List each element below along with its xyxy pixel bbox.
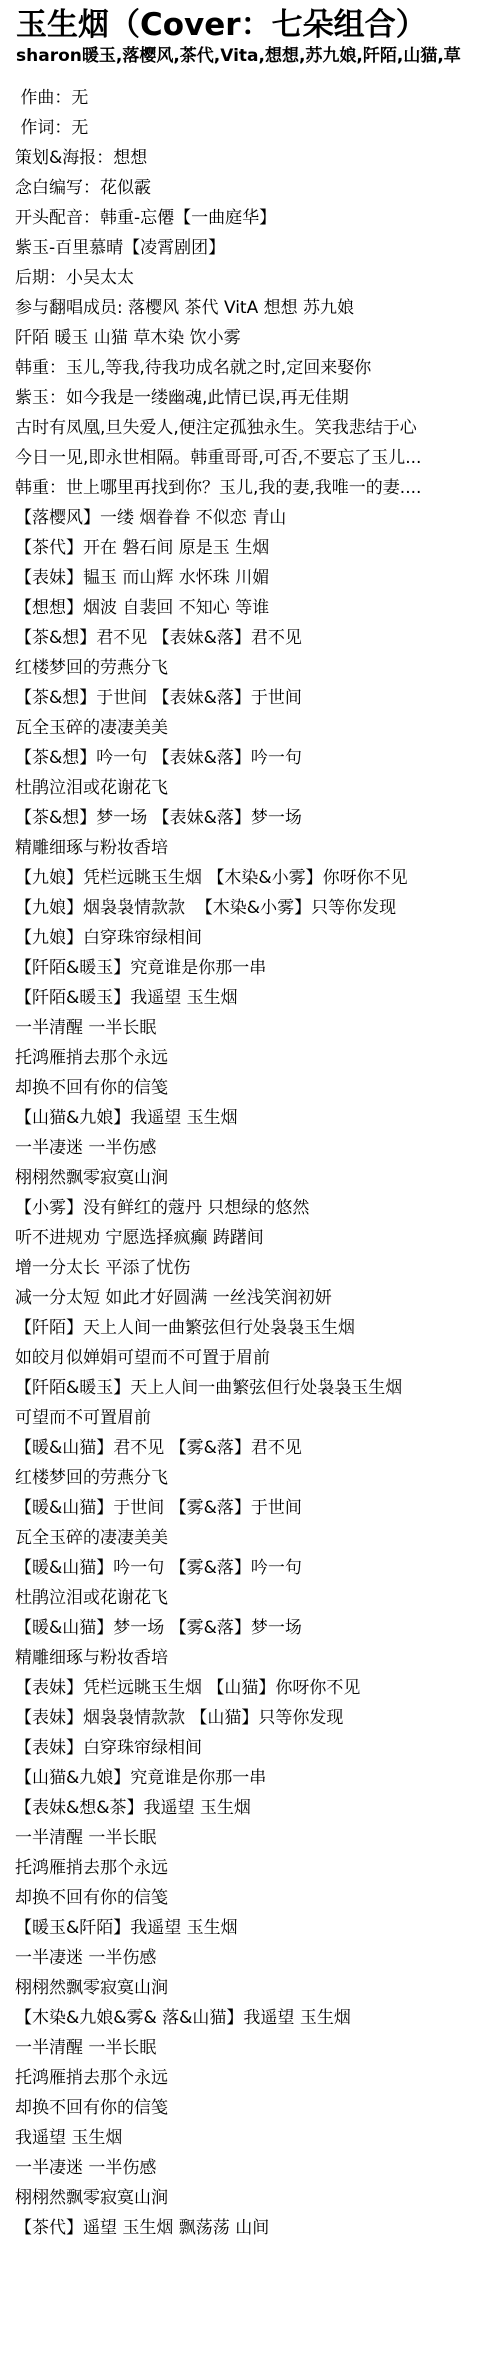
lyric-line: 【表妹】凭栏远眺玉生烟 【山猫】你呀你不见 bbox=[0, 1673, 500, 1703]
lyric-line: 却换不回有你的信笺 bbox=[0, 2093, 500, 2123]
lyric-line: 【表妹】白穿珠帘绿相间 bbox=[0, 1733, 500, 1763]
lyric-line: 作曲：无 bbox=[0, 83, 500, 113]
lyric-line: 【九娘】白穿珠帘绿相间 bbox=[0, 923, 500, 953]
lyric-line: 【茶代】遥望 玉生烟 飘荡荡 山间 bbox=[0, 2213, 500, 2243]
lyric-line: 念白编写：花似霰 bbox=[0, 173, 500, 203]
lyric-line: 韩重：世上哪里再找到你？玉儿,我的妻,我唯一的妻.... bbox=[0, 473, 500, 503]
lyric-line: 【九娘】烟袅袅情款款 【木染&小雾】只等你发现 bbox=[0, 893, 500, 923]
lyric-line: 瓦全玉碎的凄凄美美 bbox=[0, 713, 500, 743]
lyric-line: 栩栩然飘零寂寞山涧 bbox=[0, 2183, 500, 2213]
lyric-line: 后期：小吴太太 bbox=[0, 263, 500, 293]
lyric-line: 【暖&山猫】君不见 【雾&落】君不见 bbox=[0, 1433, 500, 1463]
lyric-line: 栩栩然飘零寂寞山涧 bbox=[0, 1163, 500, 1193]
lyric-line: 一半清醒 一半长眠 bbox=[0, 1013, 500, 1043]
lyric-line: 杜鹃泣泪或花谢花飞 bbox=[0, 773, 500, 803]
lyric-line: 栩栩然飘零寂寞山涧 bbox=[0, 1973, 500, 2003]
artist-list: sharon暖玉,落樱风,茶代,Vita,想想,苏九娘,阡陌,山猫,草 bbox=[0, 44, 500, 68]
lyric-line: 托鸿雁捎去那个永远 bbox=[0, 2063, 500, 2093]
lyric-line: 【表妹】韫玉 而山辉 水怀珠 川媚 bbox=[0, 563, 500, 593]
lyric-line: 【茶&想】吟一句 【表妹&落】吟一句 bbox=[0, 743, 500, 773]
lyric-line: 古时有凤凰,旦失爱人,便注定孤独永生。笑我悲结于心 bbox=[0, 413, 500, 443]
lyric-line: 【山猫&九娘】究竟谁是你那一串 bbox=[0, 1763, 500, 1793]
lyric-line: 韩重：玉儿,等我,待我功成名就之时,定回来娶你 bbox=[0, 353, 500, 383]
lyric-line: 一半凄迷 一半伤感 bbox=[0, 1133, 500, 1163]
lyric-line: 阡陌 暖玉 山猫 草木染 饮小雾 bbox=[0, 323, 500, 353]
lyric-line: 【茶代】开在 磐石间 原是玉 生烟 bbox=[0, 533, 500, 563]
lyric-line: 【暖玉&阡陌】我遥望 玉生烟 bbox=[0, 1913, 500, 1943]
lyric-line: 杜鹃泣泪或花谢花飞 bbox=[0, 1583, 500, 1613]
lyric-line: 【暖&山猫】吟一句 【雾&落】吟一句 bbox=[0, 1553, 500, 1583]
lyric-line: 策划&海报：想想 bbox=[0, 143, 500, 173]
lyric-line: 【阡陌&暖玉】究竟谁是你那一串 bbox=[0, 953, 500, 983]
lyric-line: 听不进规劝 宁愿选择疯癫 踌躇间 bbox=[0, 1223, 500, 1253]
lyric-line: 却换不回有你的信笺 bbox=[0, 1073, 500, 1103]
lyric-line: 紫玉-百里慕晴【凌霄剧团】 bbox=[0, 233, 500, 263]
lyric-line: 【茶&想】梦一场 【表妹&落】梦一场 bbox=[0, 803, 500, 833]
lyric-line: 【想想】烟波 自裴回 不知心 等谁 bbox=[0, 593, 500, 623]
lyric-line: 【暖&山猫】梦一场 【雾&落】梦一场 bbox=[0, 1613, 500, 1643]
lyric-line: 【阡陌&暖玉】我遥望 玉生烟 bbox=[0, 983, 500, 1013]
lyric-line: 增一分太长 平添了忧伤 bbox=[0, 1253, 500, 1283]
lyric-line: 今日一见,即永世相隔。韩重哥哥,可否,不要忘了玉儿... bbox=[0, 443, 500, 473]
lyric-line: 【九娘】凭栏远眺玉生烟 【木染&小雾】你呀你不见 bbox=[0, 863, 500, 893]
lyric-line: 【落樱风】一缕 烟眷眷 不似恋 青山 bbox=[0, 503, 500, 533]
lyrics-list: 作曲：无 作词：无策划&海报：想想念白编写：花似霰开头配音：韩重-忘僊【一曲庭华… bbox=[0, 68, 500, 2243]
lyric-line: 【木染&九娘&雾& 落&山猫】我遥望 玉生烟 bbox=[0, 2003, 500, 2033]
lyric-line: 托鸿雁捎去那个永远 bbox=[0, 1043, 500, 1073]
lyric-line: 红楼梦回的劳燕分飞 bbox=[0, 1463, 500, 1493]
lyric-line: 可望而不可置眉前 bbox=[0, 1403, 500, 1433]
lyric-line: 【茶&想】君不见 【表妹&落】君不见 bbox=[0, 623, 500, 653]
lyric-line: 却换不回有你的信笺 bbox=[0, 1883, 500, 1913]
lyric-line: 减一分太短 如此才好圆满 一丝浅笑润初妍 bbox=[0, 1283, 500, 1313]
lyric-line: 【表妹】烟袅袅情款款 【山猫】只等你发现 bbox=[0, 1703, 500, 1733]
lyric-line: 紫玉：如今我是一缕幽魂,此情已误,再无佳期 bbox=[0, 383, 500, 413]
lyric-line: 参与翻唱成员: 落樱风 茶代 VitA 想想 苏九娘 bbox=[0, 293, 500, 323]
lyric-line: 开头配音：韩重-忘僊【一曲庭华】 bbox=[0, 203, 500, 233]
lyric-line: 一半清醒 一半长眠 bbox=[0, 1823, 500, 1853]
lyric-line: 红楼梦回的劳燕分飞 bbox=[0, 653, 500, 683]
lyric-line: 瓦全玉碎的凄凄美美 bbox=[0, 1523, 500, 1553]
lyric-line: 托鸿雁捎去那个永远 bbox=[0, 1853, 500, 1883]
lyric-line: 【小雾】没有鲜红的蔻丹 只想绿的悠然 bbox=[0, 1193, 500, 1223]
lyric-line: 精雕细琢与粉妆香培 bbox=[0, 1643, 500, 1673]
song-title: 玉生烟（Cover：七朵组合） bbox=[0, 0, 500, 44]
lyric-line: 作词：无 bbox=[0, 113, 500, 143]
lyric-line: 如皎月似婵娟可望而不可置于眉前 bbox=[0, 1343, 500, 1373]
lyric-line: 【暖&山猫】于世间 【雾&落】于世间 bbox=[0, 1493, 500, 1523]
lyric-line: 【山猫&九娘】我遥望 玉生烟 bbox=[0, 1103, 500, 1133]
lyric-line: 【阡陌&暖玉】天上人间一曲繁弦但行处袅袅玉生烟 bbox=[0, 1373, 500, 1403]
lyric-line: 一半凄迷 一半伤感 bbox=[0, 1943, 500, 1973]
lyric-line: 我遥望 玉生烟 bbox=[0, 2123, 500, 2153]
lyric-line: 【茶&想】于世间 【表妹&落】于世间 bbox=[0, 683, 500, 713]
lyric-line: 【阡陌】天上人间一曲繁弦但行处袅袅玉生烟 bbox=[0, 1313, 500, 1343]
lyric-line: 【表妹&想&茶】我遥望 玉生烟 bbox=[0, 1793, 500, 1823]
lyrics-page: 玉生烟（Cover：七朵组合） sharon暖玉,落樱风,茶代,Vita,想想,… bbox=[0, 0, 500, 2380]
lyric-line: 一半凄迷 一半伤感 bbox=[0, 2153, 500, 2183]
lyric-line: 一半清醒 一半长眠 bbox=[0, 2033, 500, 2063]
lyric-line: 精雕细琢与粉妆香培 bbox=[0, 833, 500, 863]
